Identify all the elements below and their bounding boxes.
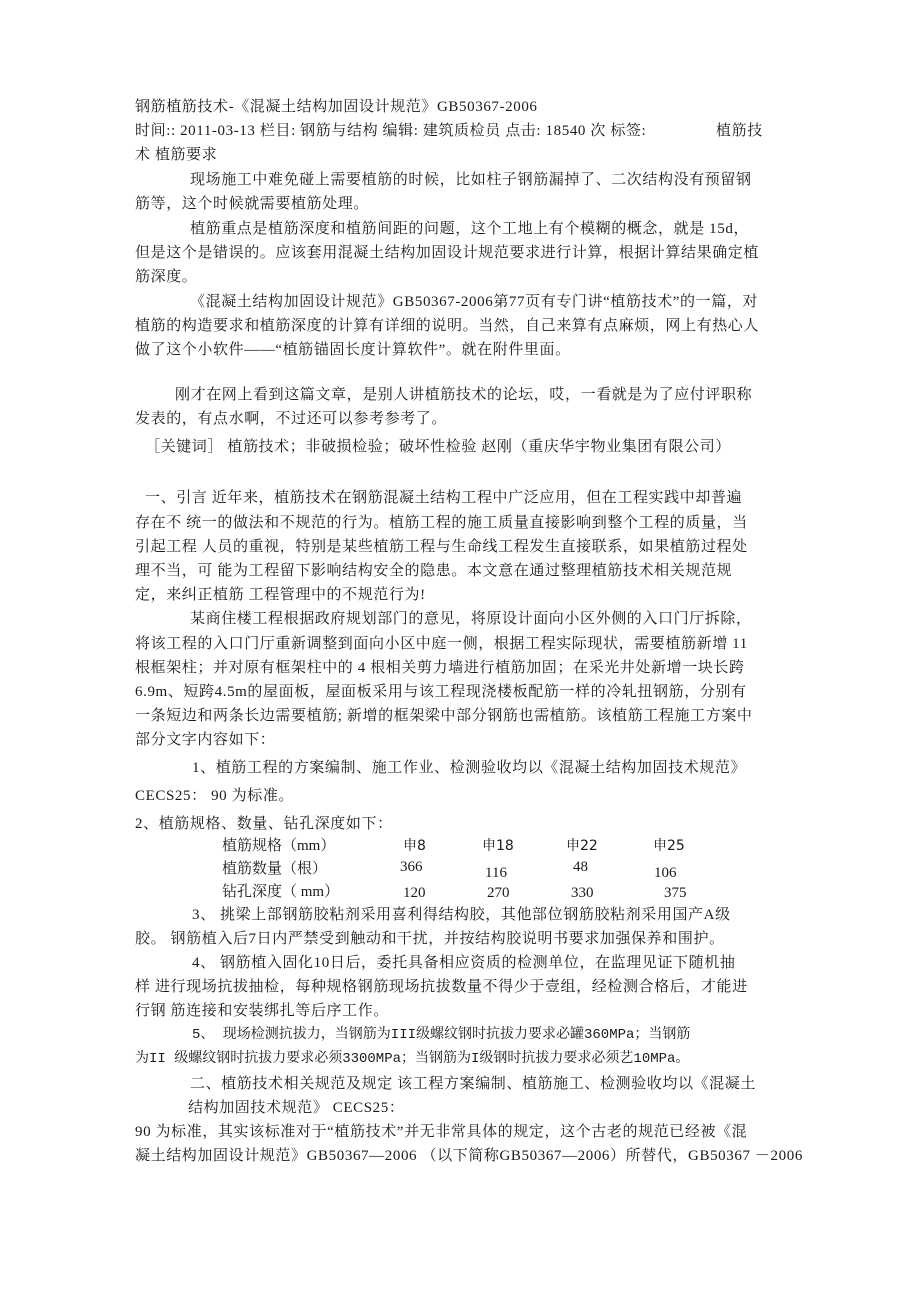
paragraph-line: 根框架柱；并对原有框架柱中的 4 根相关剪力墙进行植筋加固；在采光井处新增一块长… <box>135 658 745 678</box>
paragraph-line: 现场施工中难免碰上需要植筋的时候，比如柱子钢筋漏掉了、二次结构没有预留钢 <box>190 170 752 190</box>
list-item-3-cont: 胶。 钢筋植入后7日内严禁受到触动和干扰，并按结构胶说明书要求加强保养和围护。 <box>135 929 725 949</box>
section-heading-2: 二、植筋技术相关规范及规定 该工程方案编制、植筋施工、检测验收均以《混凝土 <box>190 1074 756 1094</box>
table-cell-depth: 120 <box>403 883 426 903</box>
paragraph-line: 一条短边和两条长边需要植筋; 新增的框架梁中部分钢筋也需植筋。该植筋工程施工方案… <box>135 706 753 726</box>
table-row-label: 钻孔深度（ mm） <box>222 882 339 902</box>
article-tags-cont: 术 植筋要求 <box>135 145 217 165</box>
article-title: 钢筋植筋技术-《混凝土结构加固设计规范》GB50367-2006 <box>135 97 538 117</box>
list-item-3: 3、 挑梁上部钢筋胶粘剂采用喜利得结构胶，其他部位钢筋胶粘剂采用国产A级 <box>192 905 731 925</box>
paragraph-line: 植筋重点是植筋深度和植筋间距的问题，这个工地上有个模糊的概念，就是 15d， <box>190 219 749 239</box>
paragraph-line: 某商住楼工程根据政府规划部门的意见，将原设计面向小区外侧的入口门厅拆除， <box>190 609 752 629</box>
table-cell-count: 48 <box>573 857 588 877</box>
paragraph-line: 6.9m、短跨4.5m的屋面板，屋面板采用与该工程现浇楼板配筋一样的冷轧扭钢筋，… <box>135 682 747 702</box>
article-tag[interactable]: 植筋技 <box>716 121 763 141</box>
table-cell-count: 106 <box>654 863 677 883</box>
table-cell-depth: 270 <box>487 883 510 903</box>
table-cell-spec: 申8 <box>403 836 426 856</box>
paragraph-line: 《混凝土结构加固设计规范》GB50367-2006第77页有专门讲“植筋技术”的… <box>190 292 758 312</box>
paragraph-line: 筋等，这个时候就需要植筋处理。 <box>135 194 369 214</box>
table-cell-count: 116 <box>485 863 507 883</box>
list-item-5: 5、 现场检测抗拔力，当钢筋为III级螺纹钢时抗拔力要求必罐360MPa；当钢筋 <box>192 1025 690 1045</box>
table-cell-spec: 申25 <box>653 836 685 856</box>
paragraph-line: 一、引言 近年来，植筋技术在钢筋混凝土结构工程中广泛应用，但在工程实践中却普遍 <box>145 488 742 508</box>
list-item-2: 2、植筋规格、数量、钻孔深度如下： <box>135 814 393 834</box>
list-item-4-cont: 行钢 筋连接和安装绑扎等后序工作。 <box>135 1001 389 1021</box>
table-row-label: 植筋规格（mm） <box>222 836 335 856</box>
paragraph-line: 部分文字内容如下： <box>135 730 275 750</box>
article-meta: 时间:: 2011-03-13 栏目: 钢筋与结构 编辑: 建筑质检员 点击: … <box>135 121 646 141</box>
table-cell-spec: 申18 <box>482 836 514 856</box>
table-cell-depth: 375 <box>664 883 687 903</box>
paragraph-line: 发表的，有点水啊，不过还可以参考参考了。 <box>135 409 447 429</box>
paragraph-line: 结构加固技术规范》 CECS25： <box>188 1098 404 1118</box>
document-page: 钢筋植筋技术-《混凝土结构加固设计规范》GB50367-2006 时间:: 20… <box>0 0 920 1302</box>
list-item-4: 4、 钢筋植入固化10日后，委托具备相应资质的检测单位，在监理见证下随机抽 <box>192 953 735 973</box>
table-row-label: 植筋数量（根） <box>222 859 327 879</box>
paragraph-line: 存在不 统一的做法和不规范的行为。植筋工程的施工质量直接影响到整个工程的质量，当 <box>135 513 748 533</box>
table-cell-depth: 330 <box>571 883 594 903</box>
paragraph-line: 90 为标准，其实该标准对于“植筋技术”并无非常具体的规定，这个古老的规范已经被… <box>135 1122 747 1142</box>
paragraph-line: 引起工程 人员的重视，特别是某些植筋工程与生命线工程发生直接联系，如果植筋过程处 <box>135 537 748 557</box>
paragraph-line: 做了这个小软件——“植筋锚固长度计算软件”。就在附件里面。 <box>135 340 571 360</box>
paragraph-line: 凝土结构加固设计规范》GB50367—2006 （以下简称GB50367—200… <box>135 1146 803 1166</box>
list-item-1: 1、植筋工程的方案编制、施工作业、检测验收均以《混凝土结构加固技术规范》 <box>192 758 746 778</box>
paragraph-line: 筋深度。 <box>135 267 197 287</box>
paragraph-line: 理不当，可 能为工程留下影响结构安全的隐患。本文意在通过整理植筋技术相关规范规 <box>135 561 732 581</box>
paragraph-line: 植筋的构造要求和植筋深度的计算有详细的说明。当然，自己来算有点麻烦，网上有热心人 <box>135 316 759 336</box>
list-item-5-cont: 为II 级螺纹钢时抗拔力要求必须3300MPa；当钢筋为I级钢时抗拔力要求必须艺… <box>135 1049 689 1069</box>
keywords-line: ［关键词］ 植筋技术；非破损检验；破坏性检验 赵刚（重庆华宇物业集团有限公司） <box>145 437 731 457</box>
paragraph-line: 将该工程的入口门厅重新调整到面向小区中庭一侧，根据工程实际现状，需要植筋新增 1… <box>135 634 748 654</box>
paragraph-line: 刚才在网上看到这篇文章，是别人讲植筋技术的论坛，哎，一看就是为了应付评职称 <box>175 385 752 405</box>
paragraph-line: 定，来纠正植筋 工程管理中的不规范行为! <box>135 585 426 605</box>
paragraph-line: 但是这个是错误的。应该套用混凝土结构加固设计规范要求进行计算，根据计算结果确定植 <box>135 243 759 263</box>
list-item-1-cont: CECS25： 90 为标准。 <box>135 786 294 806</box>
list-item-4-cont: 样 进行现场抗拔抽检，每种规格钢筋现场抗拔数量不得少于壹组，经检测合格后，才能进 <box>135 977 748 997</box>
table-cell-spec: 申22 <box>566 836 598 856</box>
table-cell-count: 366 <box>400 857 423 877</box>
